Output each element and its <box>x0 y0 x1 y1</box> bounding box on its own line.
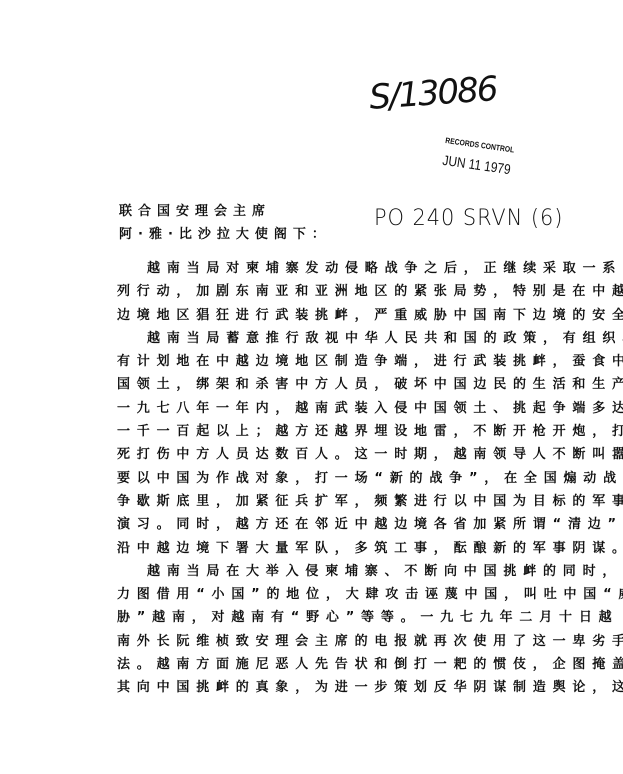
handwritten-ref-text: S/13086 <box>368 69 498 118</box>
body-line: 胁”越南，对越南有“野心”等等。一九七九年二月十日越 <box>117 606 517 629</box>
body-line: 力图借用“小国”的地位，大肆攻击诬蔑中国，叫吐中国“威 <box>117 583 517 606</box>
body-line: 南外长阮维桢致安理会主席的电报就再次使用了这一卑劣手 <box>117 630 517 653</box>
letter-body: 越南当局对柬埔寨发动侵略战争之后，正继续采取一系列行动，加剧东南亚和亚洲地区的紧… <box>117 257 517 700</box>
body-line: 争歇斯底里，加紧征兵扩军，频繁进行以中国为目标的军事 <box>117 490 517 513</box>
body-line: 死打伤中方人员达数百人。这一时期，越南领导人不断叫嚣 <box>117 443 517 466</box>
body-line: 列行动，加剧东南亚和亚洲地区的紧张局势，特别是在中越 <box>117 280 517 303</box>
body-line: 其向中国挑衅的真象，为进一步策划反华阴谋制造舆论，这 <box>117 676 517 699</box>
handwritten-file-code: PO 240 SRVN (6) <box>374 206 563 231</box>
addressee-title: 联合国安理会主席 <box>119 200 331 223</box>
body-line: 一千一百起以上；越方还越界埋设地雷，不断开枪开炮，打 <box>117 420 517 443</box>
handwritten-document-number: S/13086 <box>368 69 498 118</box>
body-line: 越南当局对柬埔寨发动侵略战争之后，正继续采取一系 <box>117 257 517 280</box>
body-line: 要以中国为作战对象，打一场“新的战争”，在全国煽动战 <box>117 467 517 490</box>
addressee-block: 联合国安理会主席 阿·雅·比沙拉大使阁下： <box>119 200 331 246</box>
body-line: 边境地区猖狂进行武装挑衅，严重威胁中国南下边境的安全。 <box>117 304 517 327</box>
body-line: 一九七八年一年内，越南武装入侵中国领土、挑起争端多达 <box>117 397 517 420</box>
addressee-name: 阿·雅·比沙拉大使阁下： <box>119 223 331 246</box>
body-line: 法。越南方面施尼恶人先告状和倒打一耙的惯伎，企图掩盖 <box>117 653 517 676</box>
stamp-title: RECORDS CONTROL <box>445 136 515 155</box>
stamp-date: JUN 11 1979 <box>442 152 513 178</box>
body-line: 越南当局蓄意推行敌视中华人民共和国的政策，有组织、 <box>117 327 517 350</box>
body-line: 演习。同时，越方还在邻近中越边境各省加紧所谓“清边”， <box>117 513 517 536</box>
body-line: 沿中越边境下署大量军队，多筑工事，酝酿新的军事阴谋。 <box>117 537 517 560</box>
body-line: 有计划地在中越边境地区制造争端，进行武装挑衅，蚕食中 <box>117 350 517 373</box>
records-control-stamp: RECORDS CONTROL JUN 11 1979 <box>442 136 527 179</box>
body-line: 国领土，绑架和杀害中方人员，破坏中国边民的生活和生产。 <box>117 373 517 396</box>
body-line: 越南当局在大举入侵柬埔寨、不断向中国挑衅的同时， <box>117 560 517 583</box>
document-page: S/13086 RECORDS CONTROL JUN 11 1979 PO 2… <box>0 0 623 774</box>
